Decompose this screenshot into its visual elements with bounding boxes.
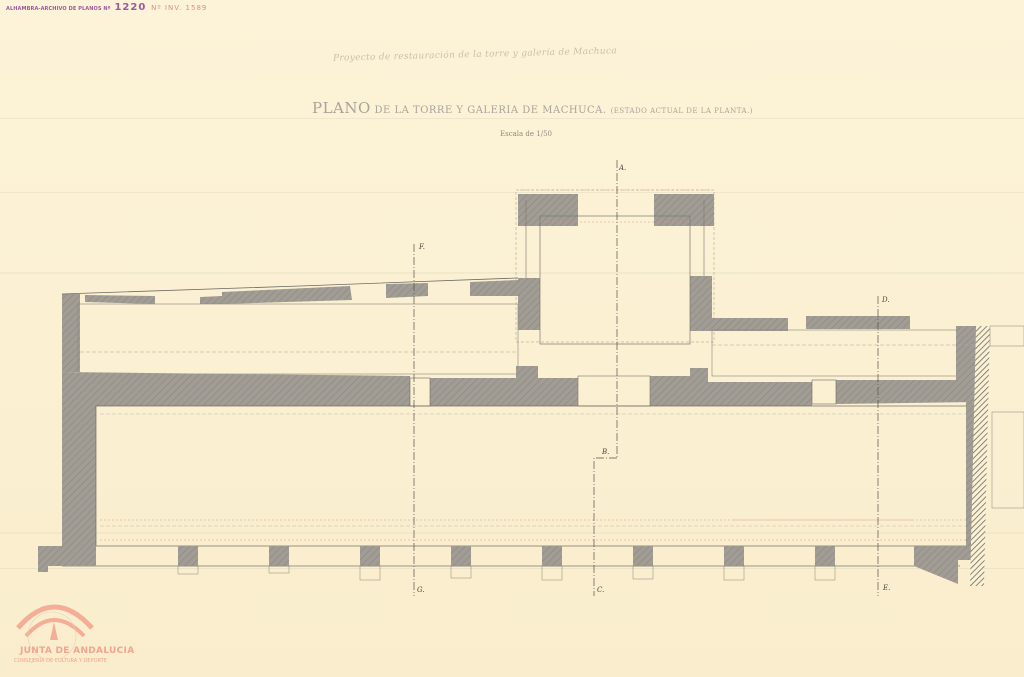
- dimension-lines: [100, 190, 966, 540]
- upper-gallery-east: [712, 326, 990, 380]
- section-marker-g: G.: [417, 586, 425, 594]
- section-marker-e: E.: [883, 584, 890, 592]
- floor-plan-drawing: [0, 0, 1024, 677]
- upper-gallery-north-wall: [62, 278, 518, 374]
- section-marker-c: C.: [597, 586, 604, 594]
- plan-sheet: ALHAMBRA-ARCHIVO DE PLANOS Nº 1220 Nº IN…: [0, 0, 1024, 677]
- logo-name: JUNTA DE ANDALUCIA: [20, 646, 134, 656]
- pillars: [178, 546, 835, 580]
- section-marker-b: B.: [602, 448, 609, 456]
- main-dividing-wall: [62, 366, 976, 546]
- section-marker-f: F.: [419, 243, 425, 251]
- tower-walls: [516, 190, 910, 344]
- logo-department: CONSEJERÍA DE CULTURA Y DEPORTE: [14, 658, 107, 664]
- section-marker-a: A.: [619, 164, 626, 172]
- section-marker-d: D.: [882, 296, 890, 304]
